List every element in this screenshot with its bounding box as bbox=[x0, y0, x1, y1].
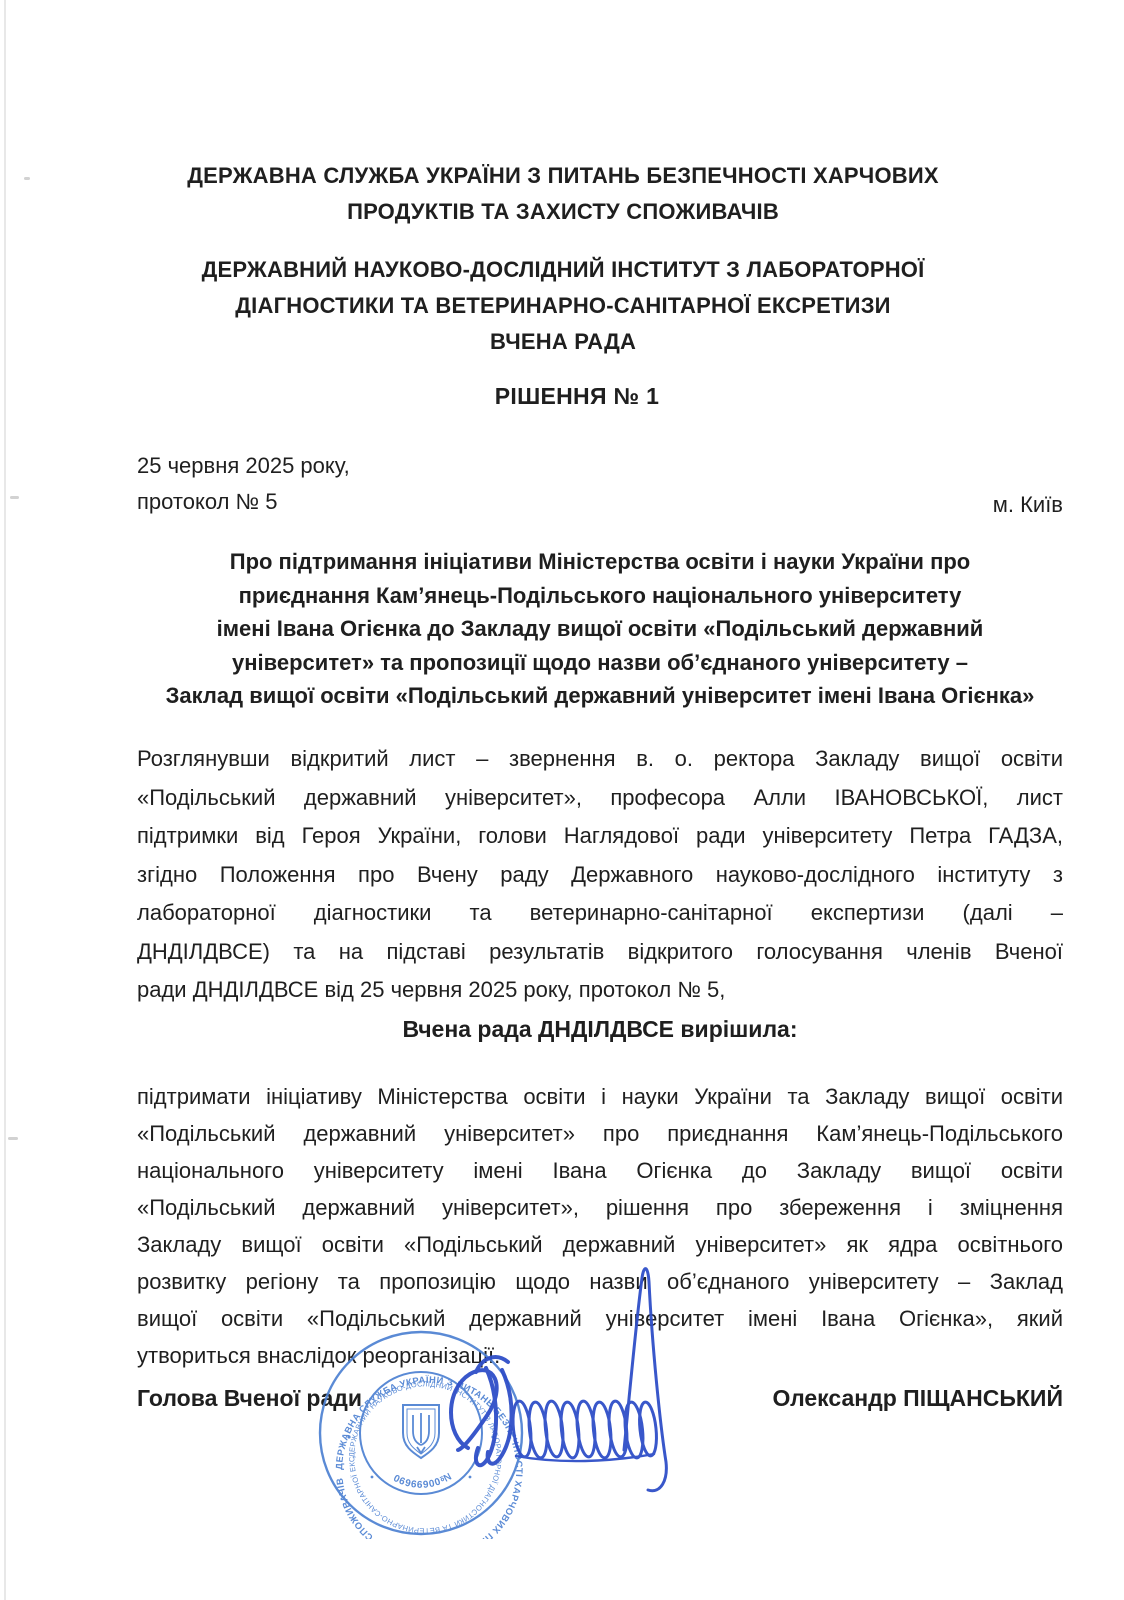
parent-agency-name: ДЕРЖАВНА СЛУЖБА УКРАЇНИ З ПИТАНЬ БЕЗПЕЧН… bbox=[100, 158, 1026, 230]
subject-line: Заклад вищої освіти «Подільський державн… bbox=[137, 679, 1063, 713]
body-line: ради ДНДІЛДВСЕ від 25 червня 2025 року, … bbox=[137, 971, 1063, 1010]
date-place-block: 25 червня 2025 року, протокол № 5 м. Киї… bbox=[137, 448, 1063, 520]
body-line: ДНДІЛДВСЕ) та на підставі результатів ві… bbox=[137, 933, 1063, 972]
protocol-number: протокол № 5 bbox=[137, 484, 1063, 520]
institute-name-block: ДЕРЖАВНИЙ НАУКОВО-ДОСЛІДНИЙ ІНСТИТУТ З Л… bbox=[100, 252, 1026, 360]
scanned-decision-document: ДЕРЖАВНА СЛУЖБА УКРАЇНИ З ПИТАНЬ БЕЗПЕЧН… bbox=[0, 0, 1124, 1600]
org2-line: ДІАГНОСТИКИ ТА ВЕТЕРИНАРНО-САНІТАРНОЇ ЕК… bbox=[100, 288, 1026, 324]
body-line: підтримки від Героя України, голови Нагл… bbox=[137, 817, 1063, 856]
resolved-heading: Вчена рада ДНДІЛДВСЕ вирішила: bbox=[137, 1016, 1063, 1043]
signatory-name: Олександр ПІЩАНСЬКИЙ bbox=[772, 1385, 1063, 1412]
subject-line: імені Івана Огієнка до Закладу вищої осв… bbox=[137, 612, 1063, 646]
signature-coil bbox=[511, 1400, 659, 1461]
org1-line: ПРОДУКТІВ ТА ЗАХИСТУ СПОЖИВАЧІВ bbox=[100, 194, 1026, 230]
decision-date: 25 червня 2025 року, bbox=[137, 448, 1063, 484]
preamble-paragraph: Розглянувши відкритий лист – звернення в… bbox=[137, 740, 1063, 1010]
scan-artifact bbox=[10, 496, 19, 499]
org1-line: ДЕРЖАВНА СЛУЖБА УКРАЇНИ З ПИТАНЬ БЕЗПЕЧН… bbox=[100, 158, 1026, 194]
council-label: ВЧЕНА РАДА bbox=[100, 324, 1026, 360]
scan-edge-line bbox=[4, 0, 6, 1600]
signature-ink bbox=[430, 1252, 700, 1512]
scan-artifact bbox=[8, 1137, 18, 1140]
subject-line: приєднання Кам’янець-Подільського націон… bbox=[137, 579, 1063, 613]
scan-artifact bbox=[24, 177, 30, 180]
body-line: підтримати ініціативу Міністерства освіт… bbox=[137, 1078, 1063, 1115]
signature-initial-tangle bbox=[451, 1357, 512, 1465]
decision-subject: Про підтримання ініціативи Міністерства … bbox=[137, 545, 1063, 713]
body-line: згідно Положення про Вчену раду Державно… bbox=[137, 856, 1063, 895]
body-line: національного університету імені Івана О… bbox=[137, 1152, 1063, 1189]
body-line: лабораторної діагностики та ветеринарно-… bbox=[137, 894, 1063, 933]
subject-line: Про підтримання ініціативи Міністерства … bbox=[137, 545, 1063, 579]
subject-line: університет» та пропозиції щодо назви об… bbox=[137, 646, 1063, 680]
body-line: Розглянувши відкритий лист – звернення в… bbox=[137, 740, 1063, 779]
body-line: «Подільський державний університет», ріш… bbox=[137, 1189, 1063, 1226]
body-line: «Подільський державний університет», про… bbox=[137, 779, 1063, 818]
place-label: м. Київ bbox=[993, 487, 1063, 523]
org2-line: ДЕРЖАВНИЙ НАУКОВО-ДОСЛІДНИЙ ІНСТИТУТ З Л… bbox=[100, 252, 1026, 288]
body-line: «Подільський державний університет» про … bbox=[137, 1115, 1063, 1152]
decision-title: РІШЕННЯ № 1 bbox=[114, 383, 1040, 410]
